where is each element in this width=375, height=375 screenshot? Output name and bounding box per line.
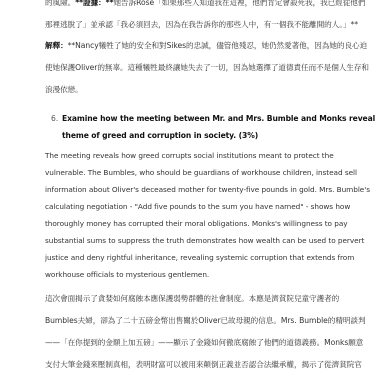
text: **Nancy犧牲了她的安全和對Sikes的忠誠，儘管他殘忍，她仍然愛著他，因為… (68, 41, 367, 50)
answer-line: workhouse officials to mysterious gentle… (45, 270, 209, 280)
answer-line-zh: Bumbles夫婦，卻為了二十五磅金幣出售關於Oliver已故母親的信息。Mrs… (45, 316, 366, 326)
answer-line: The meeting reveals how greed corrupts s… (45, 151, 334, 161)
text-line: 那裡逃脫了」並承認「我必須回去，因為在我告訴你的那些人中，有一個我不能離開的人。… (45, 20, 358, 30)
answer-line: justice and deny rightful inheritance, r… (45, 253, 354, 263)
document-page: 的風險。**證據：**她告訴Rose「如果那些人知道我在這裡，他們肯定會殺死我，… (0, 0, 375, 375)
answer-line: substantial sums to suppress the truth d… (45, 236, 364, 246)
answer-line-zh: ——「在你提到的金額上加五磅」——顯示了金錢如何徹底腐蝕了他們的道德義務。Mon… (45, 338, 363, 348)
answer-line: vulnerable. The Bumbles, who should be g… (45, 168, 357, 178)
answer-line: calculating negotiation - "Add five poun… (45, 202, 350, 212)
text-line: 解釋：**Nancy犧牲了她的安全和對Sikes的忠誠，儘管他殘忍，她仍然愛著他… (45, 41, 367, 51)
text: 的風險。 (45, 0, 75, 7)
bold-label: 解釋： (45, 41, 68, 50)
text-line: 使她保護Oliver的無辜。這種犧牲最終讓她失去了一切，因為她選擇了道德責任而不… (45, 63, 369, 73)
answer-line: information about Oliver's deceased moth… (45, 185, 370, 195)
answer-line-zh: 支付大筆金錢來壓制真相，表明財富可以被用來顛倒正義並否認合法繼承權，揭示了從濟貧… (45, 360, 362, 370)
question-number: 6. (51, 114, 58, 124)
answer-line: thoroughly money has corrupted their mor… (45, 219, 348, 229)
question-heading: Examine how the meeting between Mr. and … (62, 114, 375, 124)
question-heading: theme of greed and corruption in society… (62, 131, 258, 141)
text-line: 的風險。**證據：**她告訴Rose「如果那些人知道我在這裡，他們肯定會殺死我，… (45, 0, 365, 8)
text-line: 浪漫依戀。 (45, 85, 83, 95)
text: 她告訴Rose「如果那些人知道我在這裡，他們肯定會殺死我，我已經從他們 (114, 0, 366, 7)
bold-label: **證據：** (75, 0, 113, 7)
answer-line-zh: 這次會面揭示了貪婪如何腐蝕本應保護弱勢群體的社會制度。本應是濟貧院兒童守護者的 (45, 294, 339, 304)
